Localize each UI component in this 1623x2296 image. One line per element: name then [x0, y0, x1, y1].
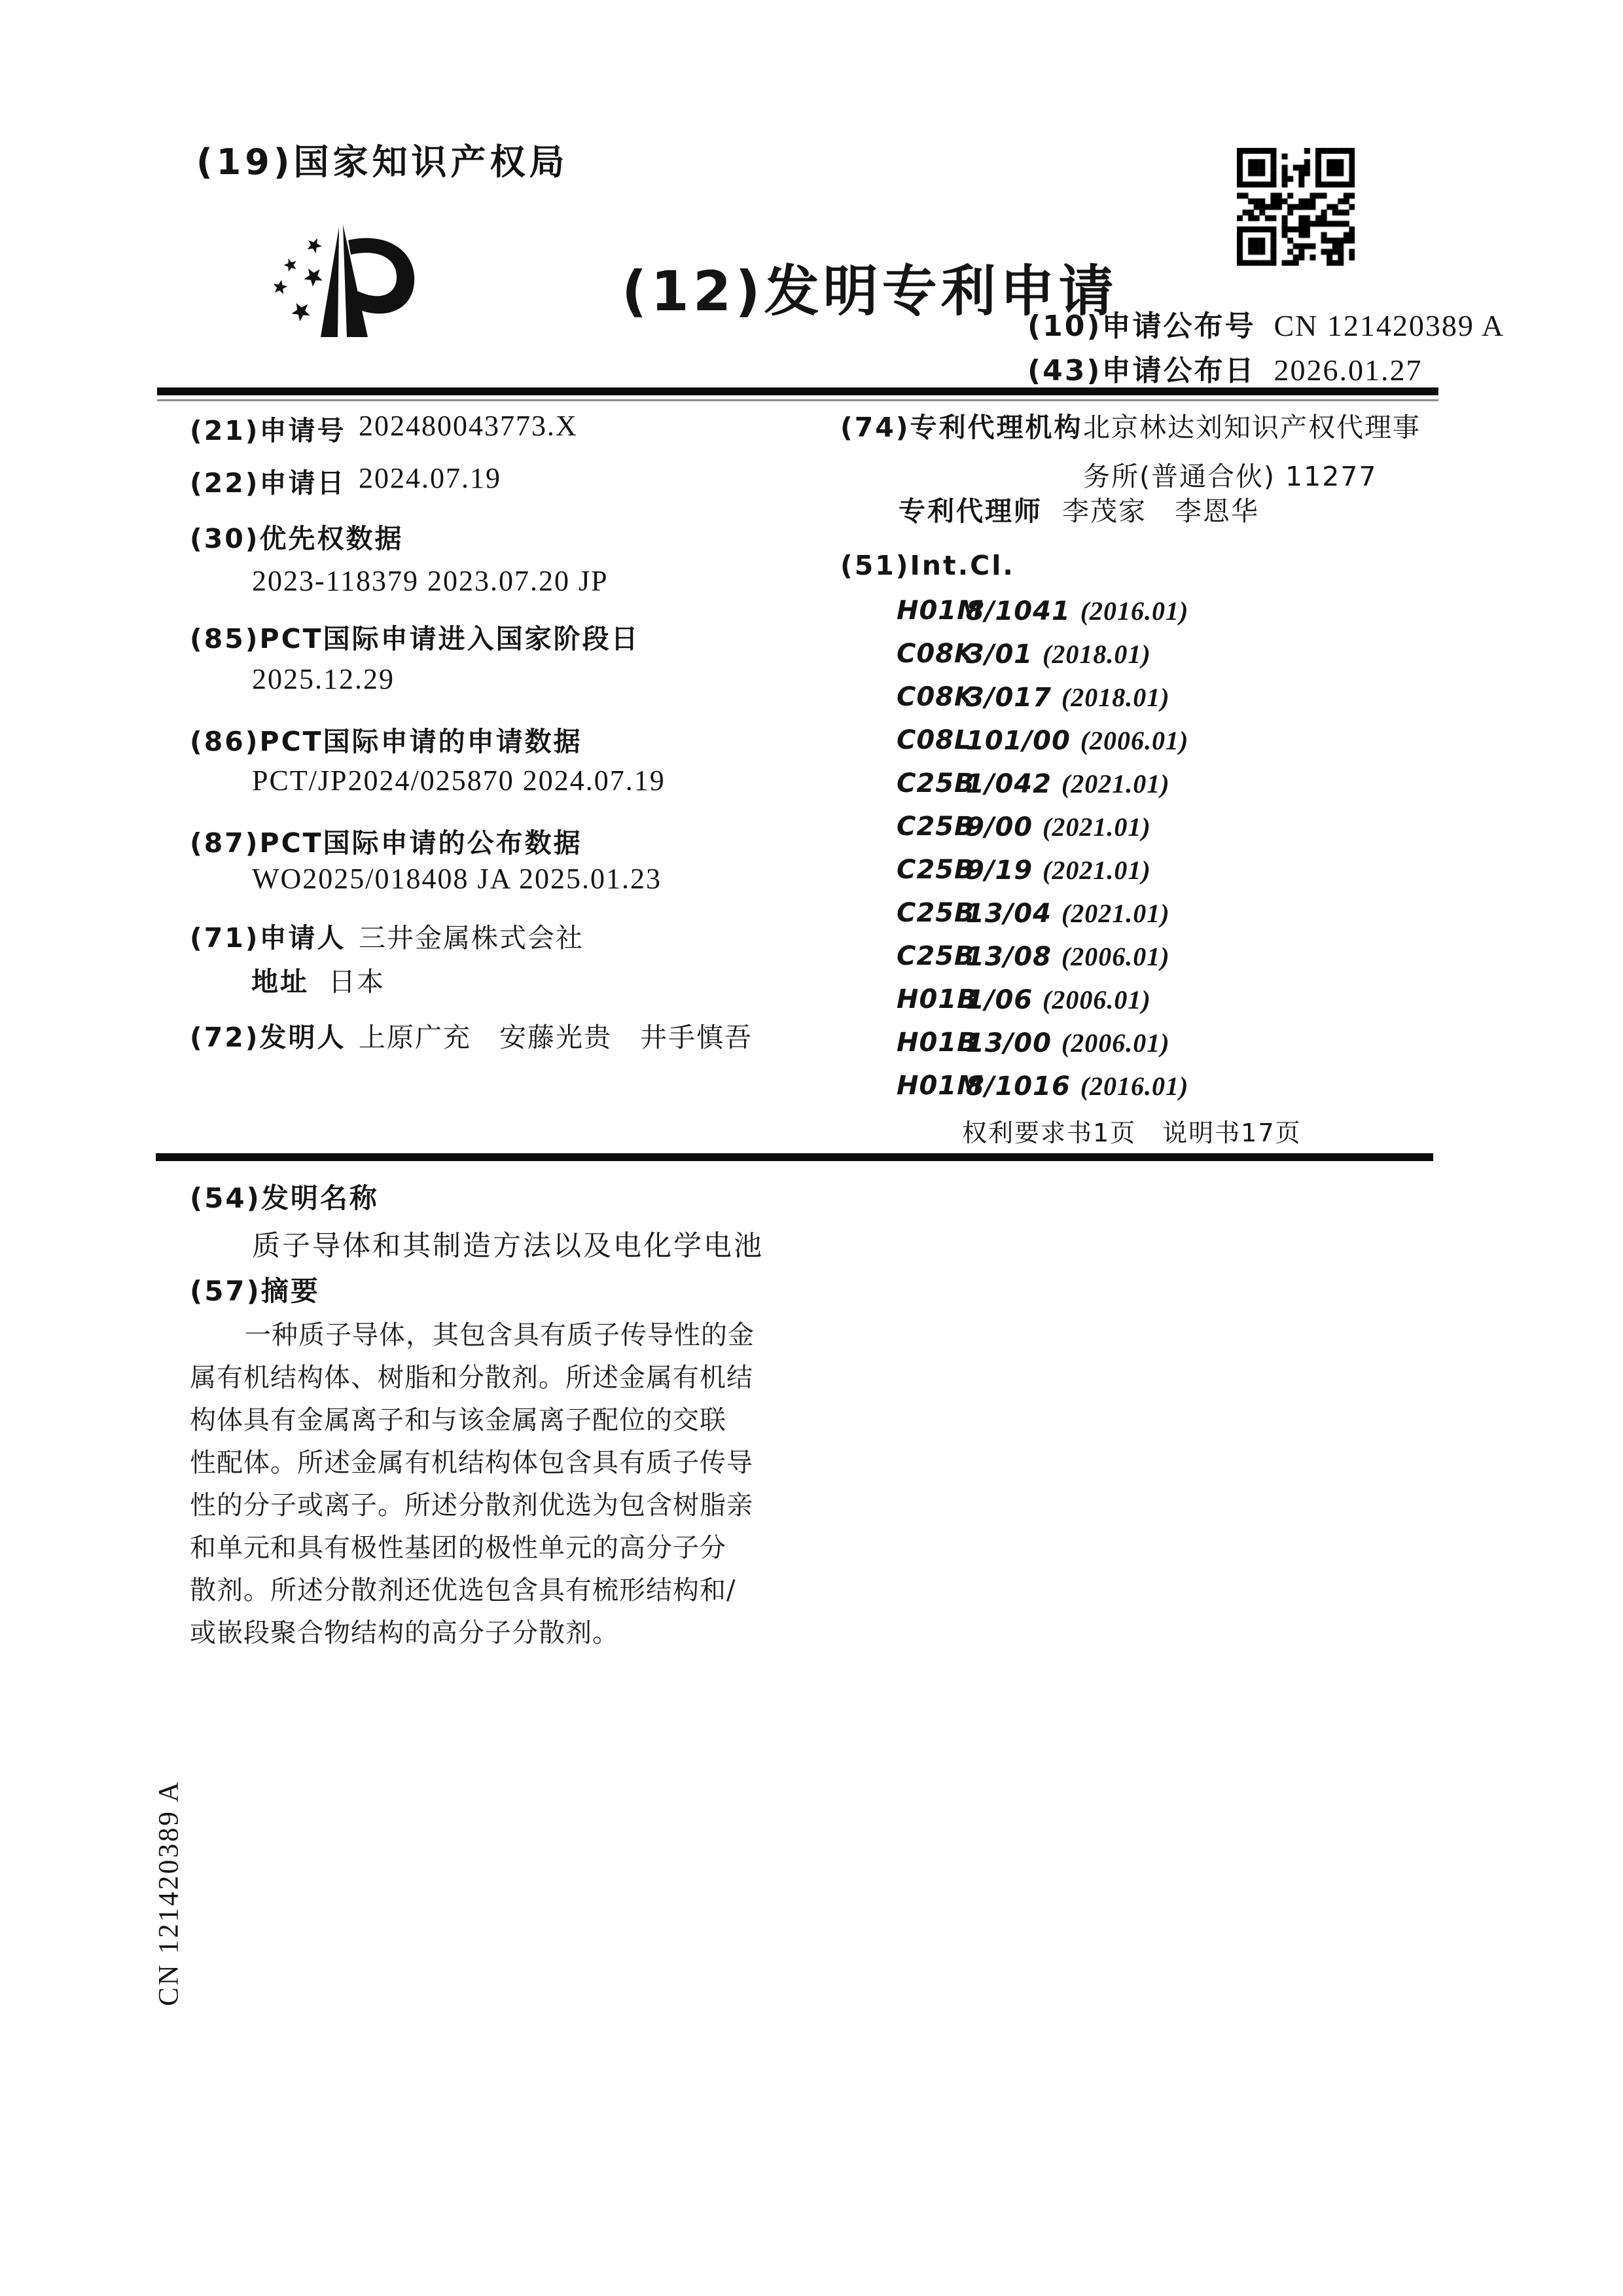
- ipc-number: 101/00 (2006.01): [966, 725, 1188, 756]
- int-cl-label: (51)Int.Cl.: [840, 550, 1015, 581]
- ipc-number: 3/01 (2018.01): [966, 639, 1151, 670]
- ipc-class: C25B: [897, 812, 975, 842]
- agency-name-line1: 北京林达刘知识产权代理事: [1083, 406, 1421, 444]
- section-divider-rule: [156, 1153, 1433, 1161]
- agent-label: 专利代理师: [899, 490, 1043, 528]
- ipc-date: (2006.01): [1061, 942, 1170, 971]
- publication-date-row: (43)申请公布日 2026.01.27: [1027, 347, 1422, 389]
- application-number-row: (21)申请号 202480043773.X: [190, 409, 346, 448]
- ipc-class: C08K: [897, 682, 975, 712]
- agency-name-line2: 务所(普通合伙) 11277: [1083, 455, 1377, 493]
- agent-names: 李茂家 李恩华: [1062, 490, 1259, 528]
- cnipa-logo: [262, 219, 425, 350]
- abstract-line: 构体具有金属离子和与该金属离子配位的交联: [190, 1399, 805, 1442]
- bibliographic-left-column: (21)申请号 202480043773.X (22)申请日 2024.07.1…: [190, 403, 844, 1155]
- pct-national-phase-date: 2025.12.29: [252, 662, 395, 696]
- agency-row: (74)专利代理机构 北京林达刘知识产权代理事: [840, 406, 1083, 444]
- ipc-number: 9/19 (2021.01): [966, 855, 1151, 886]
- ipc-date: (2006.01): [1061, 1028, 1170, 1058]
- abstract-line: 和单元和具有极性基团的极性单元的高分子分: [190, 1527, 805, 1570]
- qr-code: [1237, 148, 1355, 266]
- ipc-number: 13/04 (2021.01): [966, 898, 1170, 929]
- claims-pages-info: 权利要求书1页 说明书17页: [962, 1113, 1302, 1149]
- ipc-date: (2006.01): [1043, 985, 1151, 1014]
- publication-number-row: (10)申请公布号 CN 121420389 A: [1027, 302, 1505, 344]
- ipc-class: C08L: [897, 725, 972, 755]
- invention-title-label: (54)发明名称: [190, 1177, 379, 1216]
- ipc-class: C25B: [897, 855, 975, 885]
- applicant-address-value: 日本: [329, 960, 385, 999]
- ipc-class: C08K: [897, 639, 975, 669]
- ipc-number: 1/06 (2006.01): [966, 984, 1151, 1015]
- ipc-date: (2021.01): [1043, 812, 1151, 842]
- priority-data-value: 2023-118379 2023.07.20 JP: [252, 564, 609, 598]
- application-number-value: 202480043773.X: [359, 409, 578, 442]
- applicant-row: (71)申请人 三井金属株式会社: [190, 916, 346, 955]
- pct-publication-data-label: (87)PCT国际申请的公布数据: [190, 827, 582, 859]
- int-cl-row: (51)Int.Cl.: [840, 550, 1015, 581]
- ipc-number: 8/1016 (2016.01): [966, 1071, 1188, 1102]
- abstract-line: 或嵌段聚合物结构的高分子分散剂。: [190, 1612, 805, 1655]
- patent-office-name: (19)国家知识产权局: [196, 134, 569, 185]
- ipc-date: (2018.01): [1061, 683, 1170, 712]
- abstract-line: 一种质子导体，其包含具有质子传导性的金: [190, 1314, 805, 1357]
- priority-data-label: (30)优先权数据: [190, 523, 404, 554]
- header-divider-rule-thin: [157, 399, 1438, 401]
- ipc-number: 8/1041 (2016.01): [966, 596, 1188, 626]
- applicant-address-label: 地址: [251, 960, 309, 999]
- ipc-date: (2016.01): [1080, 596, 1189, 626]
- publication-number-value: CN 121420389 A: [1274, 309, 1505, 342]
- inventors-row: (72)发明人 上原广充 安藤光贵 井手慎吾: [190, 1016, 346, 1054]
- pct-publication-data-row: (87)PCT国际申请的公布数据: [190, 821, 582, 860]
- applicant-value: 三井金属株式会社: [359, 916, 584, 955]
- application-date-label: (22)申请日: [190, 467, 346, 499]
- ipc-date: (2016.01): [1080, 1071, 1189, 1101]
- abstract-label: (57)摘要: [190, 1270, 320, 1309]
- ipc-date: (2021.01): [1061, 769, 1170, 798]
- ipc-class: C25B: [897, 768, 975, 798]
- application-date-row: (22)申请日 2024.07.19: [190, 461, 346, 500]
- ipc-class: C25B: [897, 941, 975, 971]
- ipc-date: (2021.01): [1043, 855, 1151, 885]
- ipc-date: (2006.01): [1080, 726, 1189, 755]
- ipc-number: 3/017 (2018.01): [966, 682, 1170, 713]
- abstract-line: 散剂。所述分散剂还优选包含具有梳形结构和/: [190, 1570, 805, 1612]
- pct-national-phase-row: (85)PCT国际申请进入国家阶段日: [190, 617, 640, 656]
- abstract-line: 性的分子或离子。所述分散剂优选为包含树脂亲: [190, 1484, 805, 1527]
- publication-date-label: (43)申请公布日: [1027, 354, 1255, 387]
- bibliographic-right-column: (74)专利代理机构 北京林达刘知识产权代理事 务所(普通合伙) 11277 专…: [840, 403, 1462, 1155]
- cnipa-logo-graphic: [262, 219, 425, 350]
- ipc-number: 13/00 (2006.01): [966, 1028, 1170, 1058]
- application-date-value: 2024.07.19: [359, 461, 501, 495]
- inventors-value: 上原广充 安藤光贵 井手慎吾: [359, 1016, 753, 1054]
- pct-publication-data-value: WO2025/018408 JA 2025.01.23: [252, 862, 662, 895]
- priority-data-row: (30)优先权数据: [190, 517, 404, 556]
- ipc-number: 1/042 (2021.01): [966, 768, 1170, 799]
- pct-application-data-row: (86)PCT国际申请的申请数据: [190, 720, 582, 759]
- abstract-line: 性配体。所述金属有机结构体包含具有质子传导: [190, 1442, 805, 1484]
- abstract-text: 一种质子导体，其包含具有质子传导性的金 属有机结构体、树脂和分散剂。所述金属有机…: [190, 1314, 805, 1655]
- application-number-label: (21)申请号: [190, 415, 346, 446]
- invention-title: 质子导体和其制造方法以及电化学电池: [252, 1224, 764, 1264]
- ipc-date: (2021.01): [1061, 899, 1170, 928]
- sidebar-publication-number: CN 121420389 A: [153, 1797, 185, 2006]
- abstract-line: 属有机结构体、树脂和分散剂。所述金属有机结: [190, 1357, 805, 1399]
- ipc-date: (2018.01): [1043, 639, 1151, 669]
- ipc-number: 9/00 (2021.01): [966, 812, 1151, 842]
- header-divider-rule: [157, 387, 1438, 395]
- pct-application-data-value: PCT/JP2024/025870 2024.07.19: [252, 764, 666, 797]
- agency-label: (74)专利代理机构: [840, 412, 1083, 443]
- publication-number-label: (10)申请公布号: [1027, 310, 1255, 343]
- patent-front-page: (19)国家知识产权局 (12)发明专利申请 (10)申请公布号 CN 1214…: [0, 0, 1623, 2296]
- ipc-class: C25B: [897, 898, 975, 928]
- ipc-number: 13/08 (2006.01): [966, 941, 1170, 972]
- publication-date-value: 2026.01.27: [1274, 353, 1422, 387]
- applicant-label: (71)申请人: [190, 922, 346, 954]
- pct-application-data-label: (86)PCT国际申请的申请数据: [190, 726, 582, 757]
- inventors-label: (72)发明人: [190, 1022, 346, 1053]
- pct-national-phase-label: (85)PCT国际申请进入国家阶段日: [190, 623, 640, 655]
